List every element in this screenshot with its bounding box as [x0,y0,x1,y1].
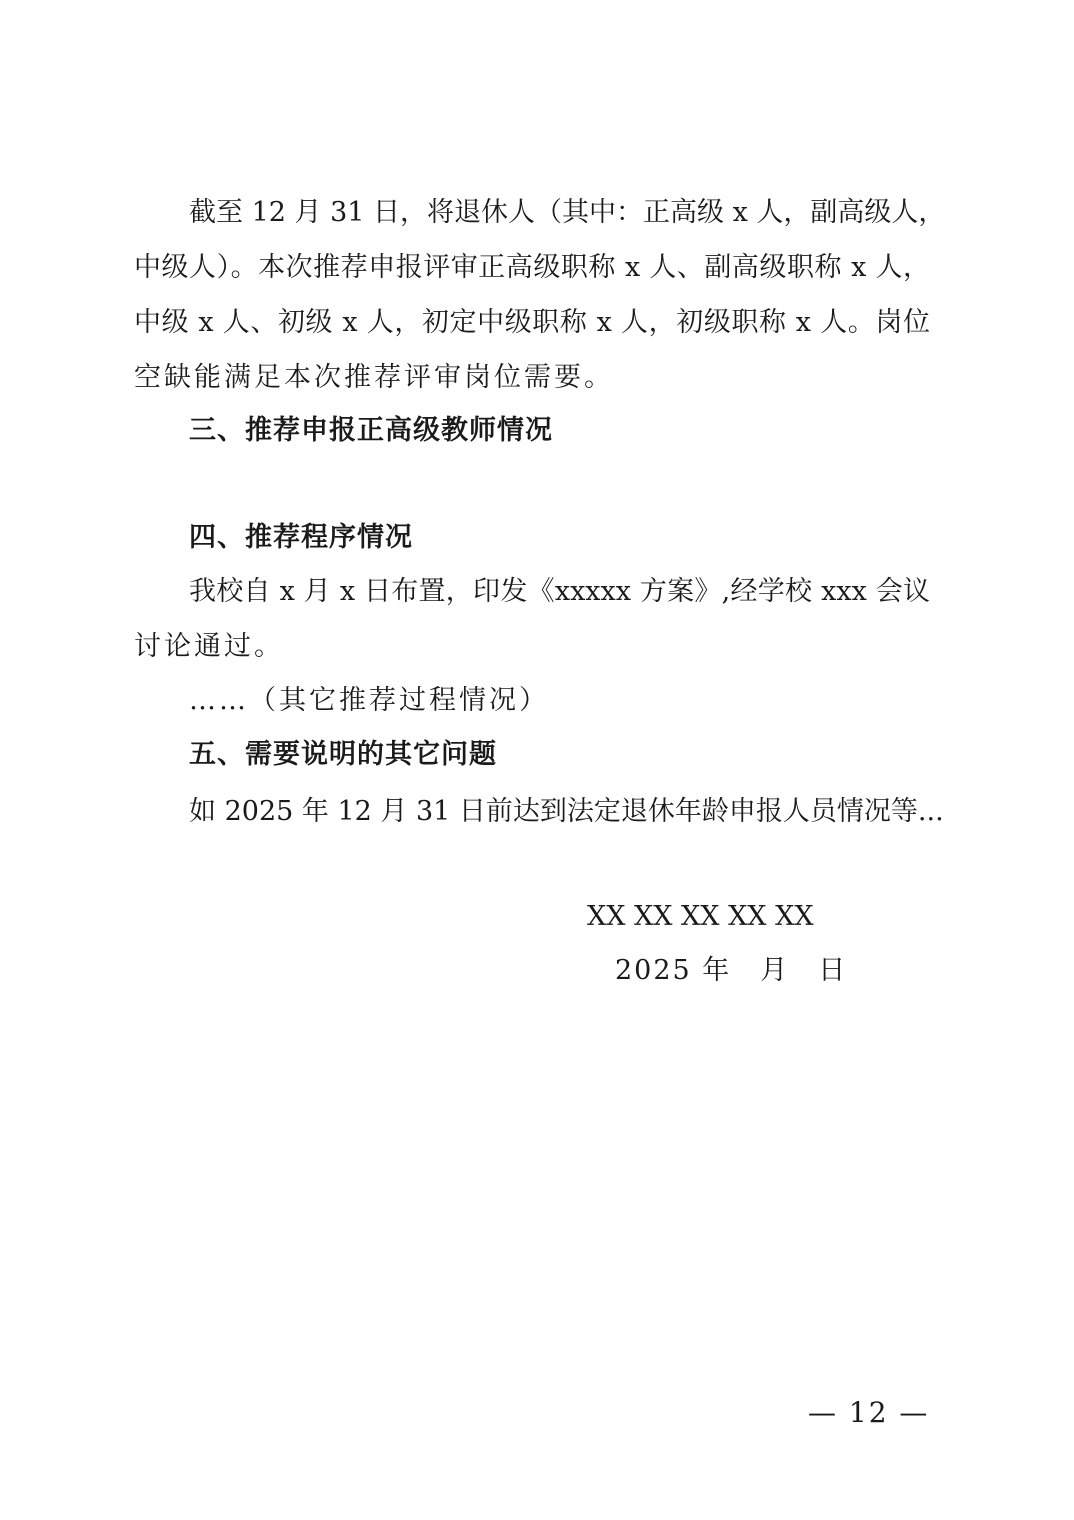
paragraph-line: 中级 x 人、初级 x 人，初定中级职称 x 人，初级职称 x 人。岗位 [134,308,930,338]
paragraph-line: 讨论通过。 [134,632,930,662]
section-heading-3: 三、推荐申报正高级教师情况 [189,416,930,446]
page-number: — 12 — [808,1398,929,1428]
paragraph-line: ……（其它推荐过程情况） [189,686,930,716]
paragraph-line: 我校自 x 月 x 日布置，印发《xxxxx 方案》,经学校 xxx 会议 [189,577,930,607]
signature-org: XX XX XX XX XX [587,902,814,932]
paragraph-line: 空缺能满足本次推荐评审岗位需要。 [134,363,930,393]
paragraph-line: 中级人）。本次推荐申报评审正高级职称 x 人、副高级职称 x 人， [134,253,930,283]
document-page: 截至 12 月 31 日，将退休人（其中：正高级 x 人，副高级人， 中级人）。… [0,0,1074,1520]
section-heading-5: 五、需要说明的其它问题 [189,740,930,770]
paragraph-line: 如 2025 年 12 月 31 日前达到法定退休年龄申报人员情况等... [189,797,930,827]
paragraph-line: 截至 12 月 31 日，将退休人（其中：正高级 x 人，副高级人， [189,198,930,228]
section-heading-4: 四、推荐程序情况 [189,523,930,553]
signature-date: 2025 年 月 日 [615,956,847,986]
